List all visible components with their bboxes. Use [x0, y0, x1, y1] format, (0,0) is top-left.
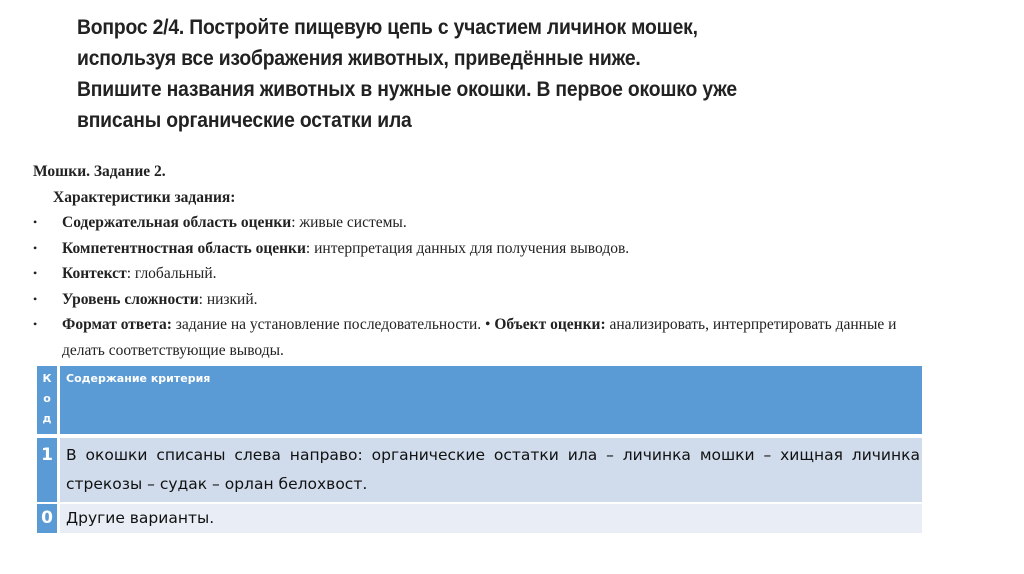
item-label: Уровень сложности: [62, 291, 199, 308]
row-code: 0: [37, 504, 59, 533]
row-code: 1: [37, 438, 59, 502]
bullet-icon: •: [33, 261, 43, 287]
item-value: низкий.: [207, 291, 258, 308]
item-label: Объект оценки:: [494, 316, 605, 333]
task-subheading: Характеристики задания:: [33, 185, 933, 211]
question-line: Впишите названия животных в нужные окошк…: [77, 74, 887, 105]
characteristic-item: • Контекст: глобальный.: [33, 261, 933, 287]
code-header: К о д: [37, 366, 59, 434]
table-header-row: К о д Содержание критерия: [37, 366, 922, 434]
task-heading: Мошки. Задание 2.: [33, 159, 933, 185]
characteristic-item: • Компетентностная область оценки: интер…: [33, 236, 933, 262]
criteria-table: К о д Содержание критерия 1 В окошки спи…: [37, 366, 922, 533]
bullet-icon: •: [33, 236, 43, 262]
item-label: Контекст: [62, 265, 127, 282]
item-value: живые системы.: [299, 214, 406, 231]
bullet-icon: •: [33, 287, 43, 313]
item-label: Содержательная область оценки: [62, 214, 291, 231]
item-value: задание на установление последовательнос…: [176, 316, 495, 333]
table-row: 1 В окошки списаны слева направо: органи…: [37, 438, 922, 502]
item-value: интерпретация данных для получения вывод…: [314, 240, 629, 257]
characteristic-item: • Уровень сложности: низкий.: [33, 287, 933, 313]
question-line: используя все изображения животных, прив…: [77, 43, 887, 74]
characteristic-item: • Содержательная область оценки: живые с…: [33, 210, 933, 236]
item-label: Формат ответа:: [62, 316, 172, 333]
item-label: Компетентностная область оценки: [62, 240, 306, 257]
bullet-icon: •: [33, 210, 43, 236]
bullet-icon: •: [33, 312, 43, 338]
item-value: глобальный.: [135, 265, 217, 282]
characteristic-item: • Формат ответа: задание на установление…: [33, 312, 933, 363]
question-line: вписаны органические остатки ила: [77, 105, 887, 136]
task-characteristics: Мошки. Задание 2. Характеристики задания…: [33, 159, 933, 363]
question-line: Вопрос 2/4. Постройте пищевую цепь с уча…: [77, 12, 887, 43]
row-content: В окошки списаны слева направо: органиче…: [59, 438, 923, 502]
table-row: 0 Другие варианты.: [37, 504, 922, 533]
question-title: Вопрос 2/4. Постройте пищевую цепь с уча…: [77, 12, 887, 136]
content-header: Содержание критерия: [59, 366, 923, 434]
row-content: Другие варианты.: [59, 504, 923, 533]
